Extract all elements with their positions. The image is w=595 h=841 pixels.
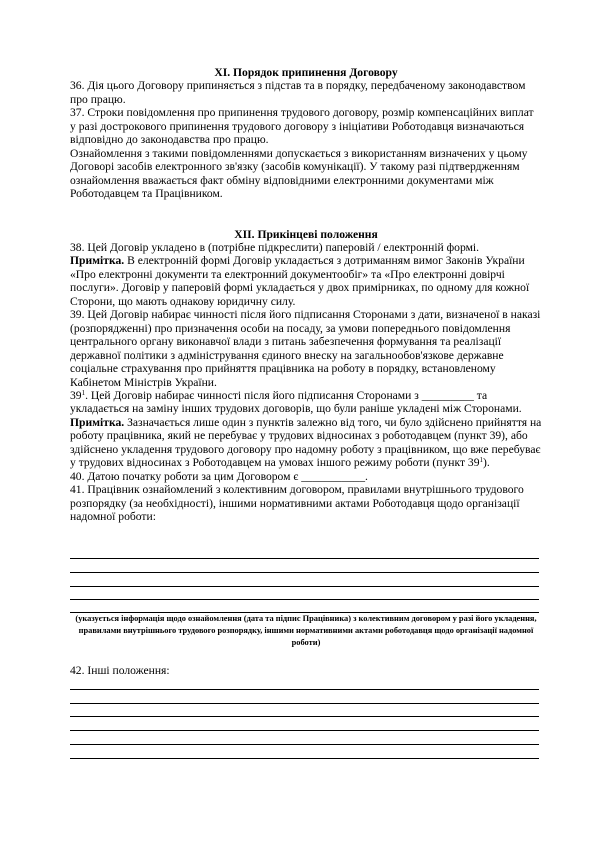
fill-line[interactable] bbox=[70, 572, 539, 573]
note-38: Примітка. В електронній формі Договір ук… bbox=[70, 254, 542, 308]
fill-line[interactable] bbox=[70, 558, 539, 559]
fill-line[interactable] bbox=[70, 758, 539, 759]
clause-text: . Цей Договір набирає чинності після йог… bbox=[85, 389, 422, 402]
note-39: Примітка. Зазначається лише один з пункт… bbox=[70, 416, 542, 470]
clause-number: 39 bbox=[70, 389, 82, 402]
clause-38: 38. Цей Договір укладено в (потрібне під… bbox=[70, 241, 542, 254]
clause-39: 39. Цей Договір набирає чинності після й… bbox=[70, 308, 542, 389]
note-label: Примітка. bbox=[70, 254, 124, 267]
note-label: Примітка. bbox=[70, 416, 124, 429]
clause-41: 41. Працівник ознайомлений з колективним… bbox=[70, 483, 542, 523]
acknowledgement-caption: (указується інформація щодо ознайомлення… bbox=[70, 613, 542, 649]
clause-text: 40. Датою початку роботи за цим Договоро… bbox=[70, 470, 301, 483]
clause-39-1: 391. Цей Договір набирає чинності після … bbox=[70, 389, 542, 416]
clause-37: 37. Строки повідомлення про припинення т… bbox=[70, 106, 542, 146]
clause-36: 36. Дія цього Договору припиняється з пі… bbox=[70, 79, 542, 106]
fill-line[interactable] bbox=[70, 730, 539, 731]
note-text: ). bbox=[483, 456, 490, 469]
note-text: В електронній формі Договір укладається … bbox=[70, 254, 529, 307]
section-11-heading: XI. Порядок припинення Договору bbox=[70, 66, 542, 79]
fill-line[interactable] bbox=[70, 689, 539, 690]
fill-line[interactable] bbox=[70, 716, 539, 717]
fill-line[interactable] bbox=[70, 703, 539, 704]
start-date-blank-field[interactable]: ___________ bbox=[301, 470, 365, 483]
note-text: Зазначається лише один з пунктів залежно… bbox=[70, 416, 541, 469]
document-page: XI. Порядок припинення Договору 36. Дія … bbox=[70, 66, 542, 524]
date-blank-field[interactable]: _________ bbox=[422, 389, 474, 402]
fill-line[interactable] bbox=[70, 586, 539, 587]
clause-42: 42. Інші положення: bbox=[70, 664, 170, 677]
clause-40: 40. Датою початку роботи за цим Договоро… bbox=[70, 470, 542, 483]
fill-line[interactable] bbox=[70, 744, 539, 745]
clause-37-notice: Ознайомлення з такими повідомленнями доп… bbox=[70, 147, 542, 201]
fill-line[interactable] bbox=[70, 599, 539, 600]
clause-text: . bbox=[365, 470, 368, 483]
section-12-heading: XII. Прикінцеві положення bbox=[70, 228, 542, 241]
